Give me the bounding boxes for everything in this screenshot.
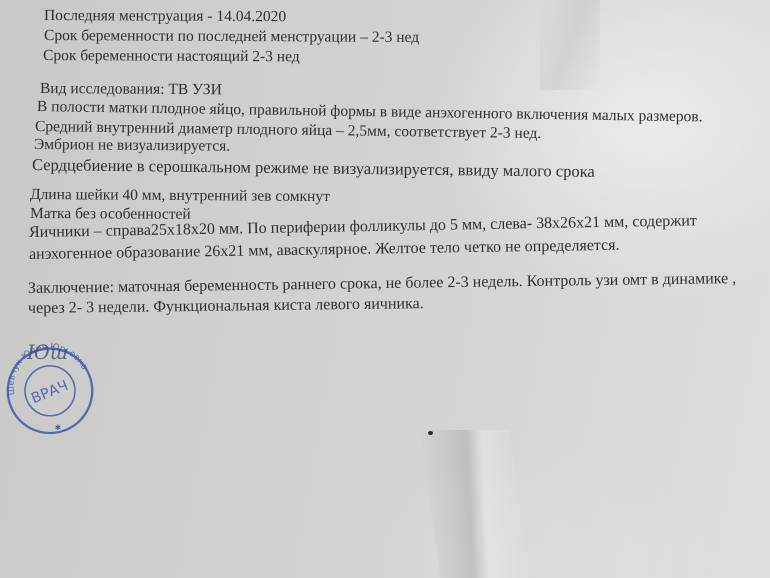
last-menstruation: Последняя менструация - 14.04.2020: [44, 7, 286, 26]
signature: Юш: [26, 341, 68, 364]
cervix-line: Длина шейки 40 мм, внутренний зев сомкну…: [30, 186, 330, 206]
paper-crease: [419, 430, 530, 578]
exam-type: Вид исследования: ТВ УЗИ: [40, 80, 222, 99]
exam-line-3: Эмбрион не визуализируется.: [34, 136, 230, 156]
conclusion-line-2: через 2- 3 недели. Функциональная киста …: [28, 295, 424, 318]
paper-crease: [540, 0, 600, 90]
term-by-lmp: Срок беременности по последней менструац…: [44, 27, 419, 47]
ink-speck: [428, 431, 433, 435]
doctor-stamp: Шевчук Юлия Юрьевна ВРАЧ ✱ Юш: [2, 338, 98, 434]
conclusion-line-1: Заключение: маточная беременность раннег…: [28, 270, 736, 298]
ovaries-line-2: анэхогенное образование 26х21 мм, аваску…: [29, 237, 620, 264]
stamp-center-text: ВРАЧ: [29, 378, 70, 407]
stamp-star-icon: ✱: [55, 423, 62, 432]
exam-line-4: Сердцебиение в серошкальном режиме не ви…: [32, 155, 595, 182]
term-current: Срок беременности настоящий 2-3 нед: [43, 47, 300, 66]
